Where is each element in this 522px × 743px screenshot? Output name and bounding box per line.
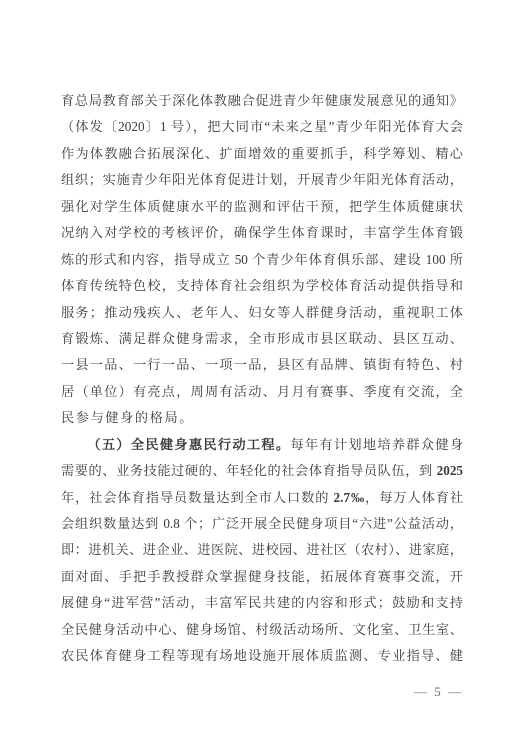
text-line: 育锻炼、满足群众健身需求，全市形成市县区联动、县区互动、 (61, 326, 463, 352)
section-heading: （五）全民健身惠民行动工程。 (87, 437, 290, 452)
text-line: 农民体育健身工程等现有场地设施开展体质监测、专业指导、健 (61, 643, 463, 669)
text-line: 组织；实施青少年阳光体育促进计划，开展青少年阳光体育活动， (61, 167, 463, 193)
text-line: 居（单位）有亮点，周周有活动、月月有赛事、季度有交流，全 (61, 379, 463, 405)
text-line: 一县一品、一行一品、一项一品，县区有品牌、镇街有特色、村 (61, 352, 463, 378)
text-line: 即：进机关、进企业、进医院、进校园、进社区（农村）、进家庭， (61, 537, 463, 563)
text-line: （体发〔2020〕1 号），把大同市“未来之星”青少年阳光体育大会 (61, 114, 463, 140)
page-number: — 5 — (414, 684, 463, 700)
text-line: 展健身“进军营”活动，丰富军民共建的内容和形式；鼓励和支持 (61, 590, 463, 616)
bold-number: 2025 (437, 463, 463, 478)
text-line: 需要的、业务技能过硬的、年轻化的社会体育指导员队伍，到 2025 (61, 458, 463, 484)
text-line: 年，社会体育指导员数量达到全市人口数的 2.7‰，每万人体育社 (61, 485, 463, 511)
text-line: 民参与健身的格局。 (61, 405, 463, 431)
text-segment: 需要的、业务技能过硬的、年轻化的社会体育指导员队伍，到 (61, 463, 437, 478)
text-segment: 年，社会体育指导员数量达到全市人口数的 (61, 490, 334, 505)
text-line: 全民健身活动中心、健身场馆、村级活动场所、文化室、卫生室、 (61, 617, 463, 643)
text-line: 炼的形式和内容，指导成立 50 个青少年体育俱乐部、建设 100 所 (61, 247, 463, 273)
bold-number: 2.7‰ (334, 490, 366, 505)
text-segment: 每年有计划地培养群众健身 (290, 437, 463, 452)
text-line: 强化对学生体质健康水平的监测和评估干预，把学生体质健康状 (61, 194, 463, 220)
text-line: 体育传统特色校，支持体育社会组织为学校体育活动提供指导和 (61, 273, 463, 299)
text-line: 作为体教融合拓展深化、扩面增效的重要抓手，科学筹划、精心 (61, 141, 463, 167)
text-line: 况纳入对学校的考核评价，确保学生体育课时，丰富学生体育锻 (61, 220, 463, 246)
text-line: 服务；推动残疾人、老年人、妇女等人群健身活动，重视职工体 (61, 300, 463, 326)
scanned-document-page: 育总局教育部关于深化体教融合促进青少年健康发展意见的通知》 （体发〔2020〕1… (0, 0, 522, 743)
text-line: 育总局教育部关于深化体教融合促进青少年健康发展意见的通知》 (61, 88, 463, 114)
text-line: 会组织数量达到 0.8 个；广泛开展全民健身项目“六进”公益活动， (61, 511, 463, 537)
text-segment: ，每万人体育社 (365, 490, 463, 505)
text-line: （五）全民健身惠民行动工程。每年有计划地培养群众健身 (61, 432, 463, 458)
document-text: 育总局教育部关于深化体教融合促进青少年健康发展意见的通知》 （体发〔2020〕1… (61, 88, 463, 670)
text-line: 面对面、手把手教授群众掌握健身技能，拓展体育赛事交流，开 (61, 564, 463, 590)
